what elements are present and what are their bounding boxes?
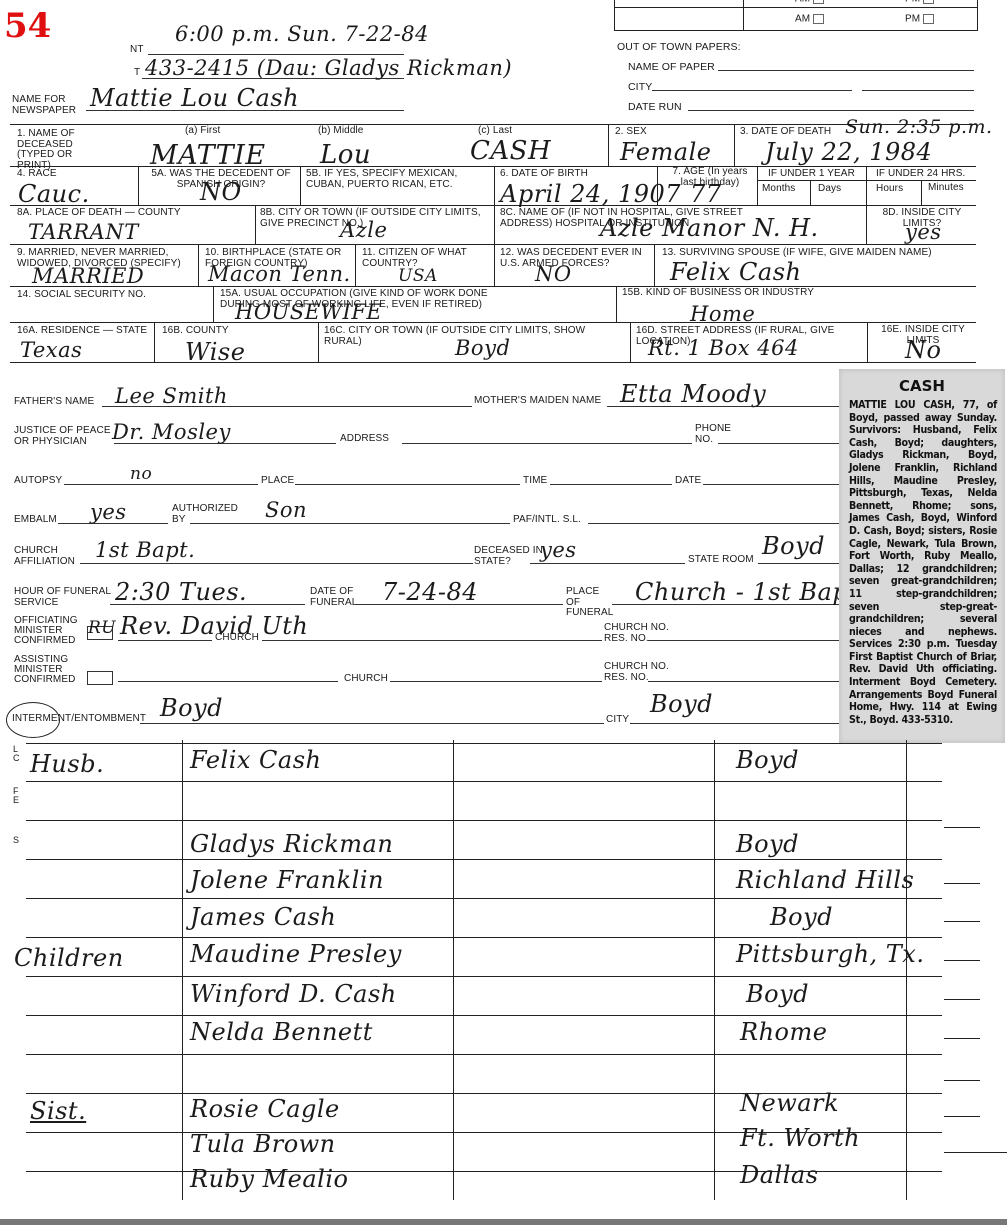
hours-label: Hours — [876, 184, 903, 195]
age-value[interactable]: 77 — [690, 180, 722, 208]
f14-label: 14. SOCIAL SECURITY NO. — [17, 290, 146, 301]
clipping-lead: MATTIE LOU CASH, 77, — [849, 399, 979, 411]
residence-county[interactable]: Wise — [185, 338, 245, 366]
paf-label: PAF/INTL. S.L. — [513, 515, 581, 526]
residence-inside-city[interactable]: No — [905, 336, 941, 364]
f2-label: 2. SEX — [615, 127, 647, 138]
out-of-town-heading: OUT OF TOWN PAPERS: — [617, 42, 741, 53]
last-name[interactable]: CASH — [470, 136, 551, 166]
survivor-name: Winford D. Cash — [190, 980, 397, 1008]
t-label: T — [134, 68, 140, 79]
city-field[interactable] — [652, 90, 852, 91]
officiating-label: OFFICIATING MINISTER CONFIRMED — [14, 616, 89, 646]
physician-label: JUSTICE OF PEACE OR PHYSICIAN — [14, 426, 114, 447]
under-24-hrs-label: IF UNDER 24 HRS. — [876, 169, 965, 180]
father-label: FATHER'S NAME — [14, 397, 94, 408]
contact-phone: 433-2415 (Dau: Gladys Rickman) — [145, 56, 512, 80]
race-value[interactable]: Cauc. — [18, 180, 90, 208]
funeral-hour-value[interactable]: 2:30 Tues. — [115, 578, 247, 606]
survivor-city: Newark — [740, 1089, 839, 1117]
state-room-value[interactable]: Boyd — [762, 532, 825, 560]
funeral-hour-label: HOUR OF FUNERAL SERVICE — [14, 587, 124, 608]
clipping-body: MATTIE LOU CASH, 77, of Boyd, passed awa… — [839, 395, 1005, 726]
officiating-check-initials: RU — [88, 618, 116, 638]
city-label: CITY — [628, 82, 652, 93]
survivor-city: Boyd — [736, 746, 799, 774]
marital-status[interactable]: MARRIED — [32, 264, 144, 288]
state-room-label: STATE ROOM — [688, 555, 754, 566]
f1a-label: (a) First — [185, 126, 220, 137]
clipping-headline: CASH — [839, 377, 1005, 395]
survivor-relation: Husb. — [30, 750, 104, 778]
residence-city[interactable]: Boyd — [455, 336, 510, 360]
am-checkbox-1[interactable]: AM — [795, 0, 824, 5]
city-of-death[interactable]: Azle — [340, 218, 387, 242]
under-1-year-label: IF UNDER 1 YEAR — [768, 169, 855, 180]
survivor-name: Jolene Franklin — [190, 866, 384, 894]
f5b-label: 5b. IF YES, SPECIFY MEXICAN, CUBAN, PUER… — [306, 169, 476, 190]
f15b-label: 15b. KIND OF BUSINESS OR INDUSTRY — [622, 288, 814, 299]
interment-value[interactable]: Boyd — [160, 694, 223, 722]
middle-name[interactable]: Lou — [320, 140, 371, 170]
page-bottom-edge — [0, 1219, 1007, 1225]
am-checkbox-2[interactable]: AM — [795, 14, 824, 25]
survivor-name: Ruby Mealio — [190, 1165, 348, 1193]
assisting-minister-field[interactable] — [118, 681, 338, 682]
f1-label: 1. NAME OF DECEASED (Typed or print) — [17, 129, 107, 171]
interment-label: INTERMENT/ENTOMBMENT — [12, 714, 146, 725]
f16b-label: 16b. COUNTY — [162, 326, 229, 337]
funeral-date-label: DATE OF FUNERAL — [310, 587, 360, 608]
survivor-name: Felix Cash — [190, 746, 322, 774]
residence-state[interactable]: Texas — [20, 338, 82, 362]
occupation-value[interactable]: HOUSEWIFE — [235, 300, 382, 324]
officiating-res-no-label: RES. NO. — [604, 634, 649, 645]
survivor-relation: Sist. — [30, 1097, 86, 1125]
death-notice-time: 6:00 p.m. Sun. 7-22-84 — [175, 22, 429, 46]
date-label: DATE — [675, 476, 701, 487]
father-value[interactable]: Lee Smith — [115, 384, 228, 408]
authorized-value[interactable]: Son — [265, 498, 307, 522]
survivor-city: Rhome — [740, 1018, 827, 1046]
nt-line — [148, 54, 404, 55]
armed-forces-value[interactable]: NO — [535, 262, 572, 286]
assisting-church-no-label: CHURCH NO. — [604, 662, 669, 673]
mother-value[interactable]: Etta Moody — [620, 380, 766, 408]
hospital-value[interactable]: Azle Manor N. H. — [600, 214, 819, 242]
name-of-paper-field[interactable] — [718, 70, 974, 71]
f13-label: 13. SURVIVING SPOUSE (If wife, give maid… — [662, 248, 962, 259]
months-label: Months — [762, 184, 795, 195]
f8a-label: 8a. PLACE OF DEATH — COUNTY — [17, 208, 181, 219]
assisting-church-label: CHURCH — [344, 674, 388, 685]
survivor-city: Boyd — [770, 903, 833, 931]
funeral-place-label: PLACE OF FUNERAL — [566, 587, 616, 619]
f12-label: 12. WAS DECEDENT EVER IN U.S. ARMED FORC… — [500, 248, 650, 269]
officiating-church-label: CHURCH — [215, 633, 259, 644]
interment-city-value[interactable]: Boyd — [650, 690, 713, 718]
autopsy-value[interactable]: no — [130, 464, 152, 484]
survivor-city: Boyd — [746, 980, 809, 1008]
autopsy-label: AUTOPSY — [14, 476, 62, 487]
survivor-name: Rosie Cagle — [190, 1095, 340, 1123]
survivor-city: Ft. Worth — [740, 1124, 860, 1152]
f1b-label: (b) Middle — [318, 126, 363, 137]
mother-label: MOTHER'S MAIDEN NAME — [474, 396, 601, 407]
survivor-city: Dallas — [740, 1161, 819, 1189]
f3-label: 3. DATE OF DEATH — [740, 127, 831, 138]
date-run-field[interactable] — [688, 110, 974, 111]
survivors-table: Husb. Felix Cash Boyd Gladys Rickman Boy… — [0, 740, 1007, 1200]
interment-city-label: CITY — [606, 715, 629, 726]
nt-label: NT — [130, 45, 144, 56]
death-date[interactable]: July 22, 1984 — [765, 138, 932, 166]
f4-label: 4. RACE — [17, 169, 57, 180]
newspaper-label: NAME FOR NEWSPAPER — [12, 95, 82, 116]
page-number: 54 — [4, 6, 51, 46]
survivor-name: James Cash — [190, 903, 336, 931]
spouse-value[interactable]: Felix Cash — [670, 258, 802, 286]
death-time[interactable]: Sun. 2:35 p.m. — [845, 116, 993, 138]
assisting-res-no-label: RES. NO. — [604, 673, 649, 684]
minutes-label: Minutes — [928, 183, 964, 194]
pm-checkbox-2[interactable]: PM — [905, 14, 934, 25]
physician-value[interactable]: Dr. Mosley — [112, 420, 231, 444]
survivor-city: Pittsburgh, Tx. — [736, 940, 924, 968]
newspaper-name: Mattie Lou Cash — [90, 84, 299, 112]
church-affiliation-value[interactable]: 1st Bapt. — [95, 538, 195, 562]
name-of-paper-label: NAME OF PAPER — [628, 62, 715, 73]
f16a-label: 16a. RESIDENCE — STATE — [17, 326, 147, 337]
survivor-relation: Children — [14, 944, 124, 972]
am-pm-box: AM PM AM PM — [614, 0, 978, 31]
survivor-city: Boyd — [736, 830, 799, 858]
birthplace-value[interactable]: Macon Tenn. — [208, 262, 351, 286]
industry-value[interactable]: Home — [690, 302, 755, 326]
survivor-name: Maudine Presley — [190, 940, 402, 968]
survivor-city: Richland Hills — [736, 866, 914, 894]
survivor-name: Tula Brown — [190, 1130, 336, 1158]
sex-value[interactable]: Female — [620, 138, 712, 166]
embalm-label: EMBALM — [14, 515, 57, 526]
assisting-confirmed-checkbox[interactable] — [87, 671, 113, 685]
city-field-2[interactable] — [862, 90, 974, 91]
place-label: PLACE — [261, 476, 294, 487]
date-run-label: DATE RUN — [628, 102, 682, 113]
spanish-origin-value[interactable]: NO — [200, 178, 242, 206]
pm-checkbox-1[interactable]: PM — [905, 0, 934, 5]
time-label: TIME — [523, 476, 547, 487]
address-label: ADDRESS — [340, 434, 389, 445]
f6-label: 6. DATE OF BIRTH — [500, 169, 588, 180]
authorized-label: AUTHORIZED BY — [172, 504, 242, 525]
days-label: Days — [818, 184, 841, 195]
citizen-value[interactable]: USA — [398, 266, 438, 286]
obituary-clipping: CASH MATTIE LOU CASH, 77, of Boyd, passe… — [839, 369, 1005, 743]
clipping-text: of Boyd, passed away Sunday. Survivors: … — [849, 399, 997, 726]
phone-label: PHONE NO. — [695, 424, 735, 445]
residence-street[interactable]: Rt. 1 Box 464 — [648, 336, 799, 360]
inside-city-death[interactable]: yes — [905, 220, 942, 244]
survivor-name: Gladys Rickman — [190, 830, 393, 858]
county-of-death[interactable]: TARRANT — [28, 220, 139, 244]
survivor-name: Nelda Bennett — [190, 1018, 373, 1046]
officiating-church-no-label: CHURCH NO. — [604, 623, 669, 634]
assisting-label: ASSISTING MINISTER CONFIRMED — [14, 655, 89, 685]
deceased-in-state-value[interactable]: yes — [540, 538, 577, 562]
embalm-value[interactable]: yes — [90, 500, 127, 524]
dob-value[interactable]: April 24, 1907 — [500, 180, 681, 208]
funeral-date-value[interactable]: 7-24-84 — [382, 578, 478, 606]
f1c-label: (c) Last — [478, 126, 512, 137]
first-name[interactable]: MATTIE — [150, 140, 266, 171]
funeral-place-value[interactable]: Church - 1st Bap — [635, 578, 848, 606]
